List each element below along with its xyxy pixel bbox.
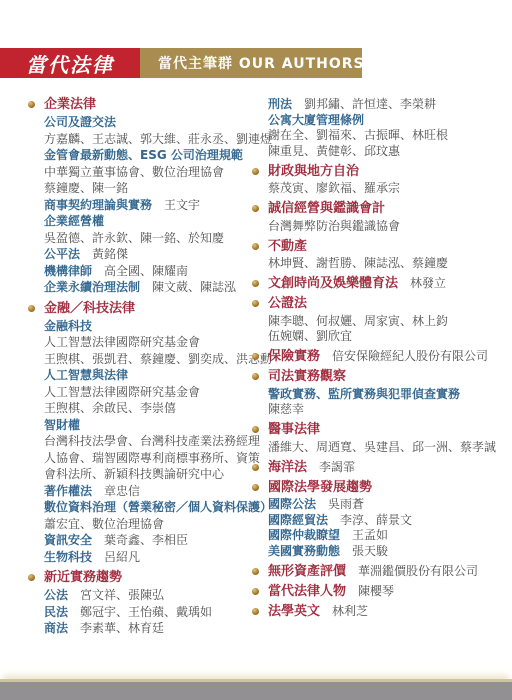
author-names: 蕭宏宜、數位治理協會 bbox=[44, 517, 164, 531]
author-names: 宮文祥、張陳弘 bbox=[80, 588, 164, 602]
topic-label: 刑法 bbox=[268, 97, 292, 111]
entry-line: 王煦棋、張凱君、蔡鐘慶、劉奕成、洪志勳 bbox=[44, 352, 268, 368]
category-title: 當代法律人物 bbox=[268, 584, 346, 599]
entry-line: 商法李素華、林育廷 bbox=[44, 621, 268, 637]
entry-line: 方嘉麟、王志誠、郭大維、莊永丞、劉連煜 bbox=[44, 132, 268, 148]
entry-line: 無形資產評價華淵鑑價股份有限公司 bbox=[268, 564, 506, 579]
entry-line: 公寓大廈管理條例 bbox=[268, 113, 506, 128]
topic-label: 國際公法 bbox=[268, 497, 316, 511]
author-names: 倍安保險經紀人股份有限公司 bbox=[332, 349, 488, 363]
category-title: 法學英文 bbox=[268, 604, 320, 619]
entry-line: 中華獨立董事協會、數位治理協會 bbox=[44, 165, 268, 181]
entry-line: 王煦棋、余啟民、李崇僖 bbox=[44, 401, 268, 417]
topic-label: 公法 bbox=[44, 588, 68, 602]
bullet-icon bbox=[252, 608, 259, 615]
category-title: 無形資產評價 bbox=[268, 564, 346, 579]
author-names: 陳重見、黃健彰、邱玟惠 bbox=[268, 144, 400, 158]
topic-label: 人工智慧與法律 bbox=[44, 368, 128, 382]
masthead: 當代法律 當代主筆群 OUR AUTHORS bbox=[0, 48, 362, 78]
author-names: 黃銘傑 bbox=[92, 247, 128, 261]
topic-label: 企業經營權 bbox=[44, 214, 104, 228]
entry-line: 保險實務倍安保險經紀人股份有限公司 bbox=[268, 349, 506, 364]
entry-line: 商事契約理論與實務王文宇 bbox=[44, 198, 268, 214]
author-names: 李淳、薛景文 bbox=[340, 513, 412, 527]
author-names: 陳慈幸 bbox=[268, 402, 304, 416]
author-names: 方嘉麟、王志誠、郭大維、莊永丞、劉連煜 bbox=[44, 132, 272, 146]
entry-line: 陳李聰、何叔孋、周家寅、林上鈞 bbox=[268, 314, 506, 329]
page-bottom-edge bbox=[0, 679, 512, 700]
bullet-icon bbox=[252, 568, 259, 575]
entry-line: 美國實務動態張天駿 bbox=[268, 544, 506, 559]
entry-line: 公平法黃銘傑 bbox=[44, 247, 268, 263]
author-names: 吳盈德、許永欽、陳一銘、於知慶 bbox=[44, 231, 224, 245]
entry-line: 企業經營權 bbox=[44, 214, 268, 230]
bullet-icon bbox=[252, 300, 259, 307]
bullet-icon bbox=[252, 426, 259, 433]
entry-line: 司法實務觀察 bbox=[268, 369, 506, 384]
topic-label: 商法 bbox=[44, 621, 68, 635]
author-names: 王煦棋、余啟民、李崇僖 bbox=[44, 401, 176, 415]
category-title: 國際法學發展趨勢 bbox=[268, 480, 372, 495]
entry-line: 智財權 bbox=[44, 418, 268, 434]
entry-line: 公證法 bbox=[268, 296, 506, 311]
topic-label: 公平法 bbox=[44, 247, 80, 261]
topic-label: 公司及證交法 bbox=[44, 115, 116, 129]
entry-line: 民法鄭冠宇、王怡蘋、戴瑀如 bbox=[44, 605, 268, 621]
category-title: 保險實務 bbox=[268, 349, 320, 364]
entry-line: 台灣科技法學會、台灣科技產業法務經理 bbox=[44, 434, 268, 450]
topic-label: 企業永續治理法制 bbox=[44, 280, 140, 294]
topic-label: 生物科技 bbox=[44, 550, 92, 564]
author-names: 人工智慧法律國際研究基金會 bbox=[44, 335, 200, 349]
bullet-icon bbox=[252, 168, 259, 175]
entry-line: 生物科技呂紹凡 bbox=[44, 550, 268, 566]
entry-line: 林坤賢、謝哲勝、陳誌泓、蔡鐘慶 bbox=[268, 256, 506, 271]
entry-line: 當代法律人物陳櫻琴 bbox=[268, 584, 506, 599]
topic-label: 國際仲裁瞭望 bbox=[268, 528, 340, 542]
author-names: 會科法所、新穎科技輿論研究中心 bbox=[44, 467, 224, 481]
entry-line: 不動產 bbox=[268, 239, 506, 254]
entry-line: 誠信經營與鑑識會計 bbox=[268, 201, 506, 216]
author-names: 李謁霏 bbox=[319, 460, 355, 474]
author-names: 中華獨立董事協會、數位治理協會 bbox=[44, 165, 224, 179]
author-names: 張天駿 bbox=[352, 544, 388, 558]
author-names: 林發立 bbox=[410, 276, 446, 290]
entry-line: 伍婉嫻、劉欣宜 bbox=[268, 329, 506, 344]
topic-label: 資訊安全 bbox=[44, 533, 92, 547]
entry-line: 數位資料治理（營業秘密／個人資料保護） bbox=[44, 500, 268, 516]
topic-label: 著作權法 bbox=[44, 484, 92, 498]
author-names: 蔡鐘慶、陳一銘 bbox=[44, 181, 128, 195]
bullet-icon bbox=[252, 484, 259, 491]
authors-columns: 企業法律公司及證交法方嘉麟、王志誠、郭大維、莊永丞、劉連煜金管會最新動態、ESG… bbox=[44, 97, 506, 638]
author-names: 章忠信 bbox=[104, 484, 140, 498]
entry-line: 公法宮文祥、張陳弘 bbox=[44, 588, 268, 604]
entry-line: 蔡茂寅、廖欽福、羅承宗 bbox=[268, 181, 506, 196]
magazine-page: 當代法律 當代主筆群 OUR AUTHORS 企業法律公司及證交法方嘉麟、王志誠… bbox=[0, 0, 512, 700]
category-title: 企業法律 bbox=[44, 97, 96, 112]
topic-label: 國際經貿法 bbox=[268, 513, 328, 527]
author-names: 潘維大、周迺寬、吳建昌、邱一洲、蔡孝誠 bbox=[268, 440, 496, 454]
author-names: 陳文葳、陳誌泓 bbox=[152, 280, 236, 294]
author-names: 呂紹凡 bbox=[104, 550, 140, 564]
bullet-icon bbox=[252, 243, 259, 250]
entry-line: 謝在全、劉福來、古振暉、林旺根 bbox=[268, 128, 506, 143]
page-title: 當代主筆群 OUR AUTHORS bbox=[140, 48, 362, 78]
topic-label: 機構律師 bbox=[44, 264, 92, 278]
entry-line: 醫事法律 bbox=[268, 422, 506, 437]
author-names: 人工智慧法律國際研究基金會 bbox=[44, 385, 200, 399]
entry-line: 資訊安全葉奇鑫、李相臣 bbox=[44, 533, 268, 549]
author-names: 劉邦繡、許恒達、李榮耕 bbox=[304, 97, 436, 111]
author-names: 鄭冠宇、王怡蘋、戴瑀如 bbox=[80, 605, 212, 619]
topic-label: 金融科技 bbox=[44, 319, 92, 333]
bullet-icon bbox=[252, 464, 259, 471]
entry-line: 人工智慧與法律 bbox=[44, 368, 268, 384]
author-names: 台灣舞弊防治與鑑識協會 bbox=[268, 219, 400, 233]
topic-label: 民法 bbox=[44, 605, 68, 619]
bullet-icon bbox=[28, 305, 35, 312]
author-names: 華淵鑑價股份有限公司 bbox=[358, 564, 478, 578]
author-names: 林利芝 bbox=[332, 604, 368, 618]
author-names: 王文宇 bbox=[164, 198, 200, 212]
author-names: 葉奇鑫、李相臣 bbox=[104, 533, 188, 547]
bullet-icon bbox=[28, 574, 35, 581]
entry-line: 文創時尚及娛樂體育法林發立 bbox=[268, 276, 506, 291]
bullet-icon bbox=[252, 373, 259, 380]
entry-line: 台灣舞弊防治與鑑識協會 bbox=[268, 219, 506, 234]
author-names: 王煦棋、張凱君、蔡鐘慶、劉奕成、洪志勳 bbox=[44, 352, 272, 366]
authors-column-right: 刑法劉邦繡、許恒達、李榮耕公寓大廈管理條例謝在全、劉福來、古振暉、林旺根陳重見、… bbox=[268, 97, 506, 638]
bullet-icon bbox=[252, 353, 259, 360]
author-names: 人協會、瑞智國際專利商標事務所、資策 bbox=[44, 451, 260, 465]
author-names: 李素華、林育廷 bbox=[80, 621, 164, 635]
author-names: 陳櫻琴 bbox=[358, 584, 394, 598]
bullet-icon bbox=[252, 205, 259, 212]
author-names: 吳雨蒼 bbox=[328, 497, 364, 511]
entry-line: 公司及證交法 bbox=[44, 115, 268, 131]
entry-line: 企業永續治理法制陳文葳、陳誌泓 bbox=[44, 280, 268, 296]
category-title: 財政與地方自治 bbox=[268, 164, 359, 179]
entry-line: 蕭宏宜、數位治理協會 bbox=[44, 517, 268, 533]
entry-line: 陳慈幸 bbox=[268, 402, 506, 417]
category-title: 醫事法律 bbox=[268, 422, 320, 437]
entry-line: 刑法劉邦繡、許恒達、李榮耕 bbox=[268, 97, 506, 112]
entry-line: 金融科技 bbox=[44, 319, 268, 335]
category-title: 海洋法 bbox=[268, 460, 307, 475]
entry-line: 財政與地方自治 bbox=[268, 164, 506, 179]
entry-line: 新近實務趨勢 bbox=[44, 570, 268, 586]
authors-column-left: 企業法律公司及證交法方嘉麟、王志誠、郭大維、莊永丞、劉連煜金管會最新動態、ESG… bbox=[44, 97, 268, 638]
entry-line: 國際經貿法李淳、薛景文 bbox=[268, 513, 506, 528]
entry-line: 人工智慧法律國際研究基金會 bbox=[44, 335, 268, 351]
topic-label: 智財權 bbox=[44, 418, 80, 432]
category-title: 文創時尚及娛樂體育法 bbox=[268, 276, 398, 291]
author-names: 王孟如 bbox=[352, 528, 388, 542]
magazine-logo: 當代法律 bbox=[0, 48, 140, 78]
entry-line: 法學英文林利芝 bbox=[268, 604, 506, 619]
author-names: 陳李聰、何叔孋、周家寅、林上鈞 bbox=[268, 314, 448, 328]
entry-line: 人工智慧法律國際研究基金會 bbox=[44, 385, 268, 401]
author-names: 蔡茂寅、廖欽福、羅承宗 bbox=[268, 181, 400, 195]
author-names: 高全國、陳耀南 bbox=[104, 264, 188, 278]
entry-line: 蔡鐘慶、陳一銘 bbox=[44, 181, 268, 197]
author-names: 謝在全、劉福來、古振暉、林旺根 bbox=[268, 128, 448, 142]
bullet-icon bbox=[252, 588, 259, 595]
entry-line: 陳重見、黃健彰、邱玟惠 bbox=[268, 144, 506, 159]
entry-line: 金管會最新動態、ESG 公司治理規範 bbox=[44, 148, 268, 164]
entry-line: 會科法所、新穎科技輿論研究中心 bbox=[44, 467, 268, 483]
topic-label: 美國實務動態 bbox=[268, 544, 340, 558]
category-title: 不動產 bbox=[268, 239, 307, 254]
entry-line: 國際仲裁瞭望王孟如 bbox=[268, 528, 506, 543]
entry-line: 海洋法李謁霏 bbox=[268, 460, 506, 475]
category-title: 公證法 bbox=[268, 296, 307, 311]
category-title: 金融／科技法律 bbox=[44, 301, 135, 316]
entry-line: 金融／科技法律 bbox=[44, 301, 268, 317]
entry-line: 國際法學發展趨勢 bbox=[268, 480, 506, 495]
entry-line: 人協會、瑞智國際專利商標事務所、資策 bbox=[44, 451, 268, 467]
topic-label: 商事契約理論與實務 bbox=[44, 198, 152, 212]
author-names: 林坤賢、謝哲勝、陳誌泓、蔡鐘慶 bbox=[268, 256, 448, 270]
entry-line: 潘維大、周迺寬、吳建昌、邱一洲、蔡孝誠 bbox=[268, 440, 506, 455]
category-title: 誠信經營與鑑識會計 bbox=[268, 201, 385, 216]
topic-label: 公寓大廈管理條例 bbox=[268, 113, 364, 127]
category-title: 新近實務趨勢 bbox=[44, 570, 122, 585]
bullet-icon bbox=[28, 101, 35, 108]
topic-label: 金管會最新動態、ESG 公司治理規範 bbox=[44, 148, 243, 162]
author-names: 伍婉嫻、劉欣宜 bbox=[268, 329, 352, 343]
category-title: 司法實務觀察 bbox=[268, 369, 346, 384]
entry-line: 警政實務、監所實務與犯罪偵查實務 bbox=[268, 387, 506, 402]
entry-line: 著作權法章忠信 bbox=[44, 484, 268, 500]
topic-label: 數位資料治理（營業秘密／個人資料保護） bbox=[44, 500, 272, 514]
author-names: 台灣科技法學會、台灣科技產業法務經理 bbox=[44, 434, 260, 448]
entry-line: 國際公法吳雨蒼 bbox=[268, 497, 506, 512]
entry-line: 吳盈德、許永欽、陳一銘、於知慶 bbox=[44, 231, 268, 247]
bullet-icon bbox=[252, 280, 259, 287]
topic-label: 警政實務、監所實務與犯罪偵查實務 bbox=[268, 387, 460, 401]
entry-line: 機構律師高全國、陳耀南 bbox=[44, 264, 268, 280]
entry-line: 企業法律 bbox=[44, 97, 268, 113]
